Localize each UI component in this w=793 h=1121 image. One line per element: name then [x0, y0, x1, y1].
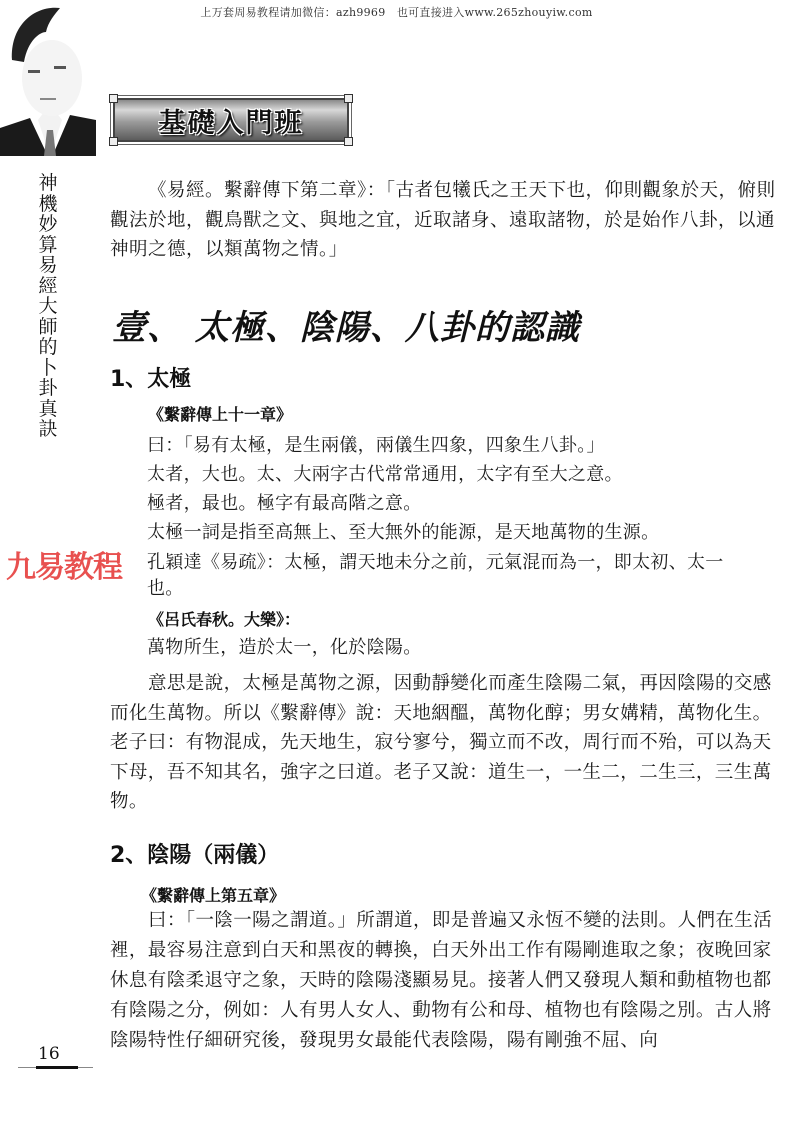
- banner-corner-ornament: [344, 137, 353, 146]
- body-line: 孔穎達《易疏》：太極，謂天地未分之前，元氣混而為一，即太初、太一: [147, 548, 724, 574]
- watermark-text: 九易教程: [6, 542, 122, 586]
- page-number: 16: [38, 1044, 60, 1064]
- banner-title: 基礎入門班: [159, 101, 304, 140]
- section-heading-taiji: 1、太極: [110, 362, 191, 393]
- body-line: 極者，最也。極字有最高階之意。: [147, 489, 422, 515]
- chapter-title: 壹、 太極、陰陽、八卦的認識: [112, 300, 580, 349]
- body-line: 曰：「易有太極，是生兩儀，兩儀生四象，四象生八卦。」: [147, 431, 605, 457]
- book-title-vertical: 神機妙算易經大師的卜卦真訣: [33, 173, 63, 440]
- citation-heading: 《呂氏春秋。大樂》：: [148, 607, 300, 630]
- banner-corner-ornament: [109, 94, 118, 103]
- page-rule-bold: [36, 1066, 78, 1069]
- body-line: 也。: [147, 574, 184, 600]
- banner-corner-ornament: [344, 94, 353, 103]
- intro-paragraph: 《易經。繫辭傳下第二章》：「古者包犧氏之王天下也，仰則觀象於天，俯則觀法於地，觀…: [110, 176, 778, 265]
- yinyang-paragraph: 曰：「一陰一陽之謂道。」所謂道，即是普遍又永恆不變的法則。人們在生活裡，最容易注…: [110, 906, 778, 1056]
- author-portrait: [0, 0, 100, 156]
- promo-header-text: 上万套周易教程请加微信：azh9969 也可直接进入www.265zhouyiw…: [0, 4, 793, 20]
- body-line: 太者，大也。太、大兩字古代常常通用，太字有至大之意。: [147, 460, 623, 486]
- course-banner: 基礎入門班: [113, 98, 349, 142]
- citation-heading: 《繫辭傳上第五章》: [141, 883, 285, 906]
- body-line: 萬物所生，造於太一，化於陰陽。: [147, 633, 422, 659]
- body-line: 太極一詞是指至高無上、至大無外的能源，是天地萬物的生源。: [147, 518, 659, 544]
- section-heading-yinyang: 2、陰陽（兩儀）: [110, 838, 279, 869]
- citation-heading: 《繫辭傳上十一章》: [148, 402, 292, 425]
- taiji-explanation-paragraph: 意思是說，太極是萬物之源，因動靜變化而產生陰陽二氣，再因陰陽的交感而化生萬物。所…: [110, 669, 778, 817]
- banner-corner-ornament: [109, 137, 118, 146]
